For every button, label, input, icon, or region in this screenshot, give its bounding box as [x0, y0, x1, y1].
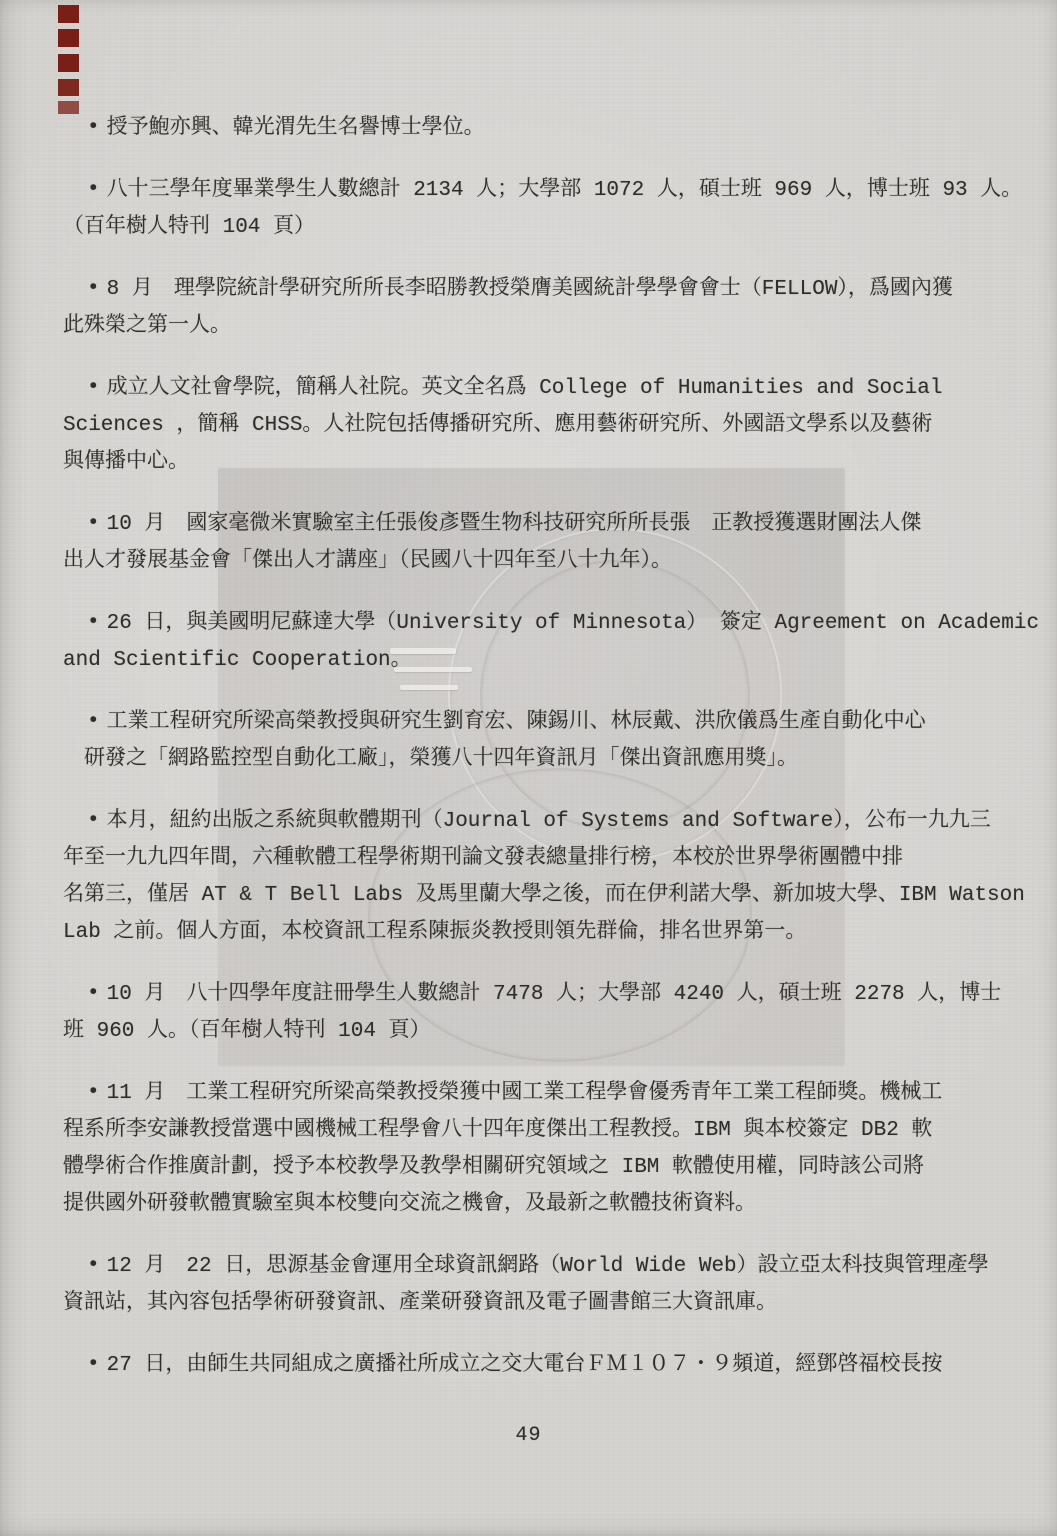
bullet-icon: • — [87, 1074, 100, 1111]
line-text: 8 月 理學院統計學研究所所長李昭勝教授榮膺美國統計學學會會士（FELLOW），… — [107, 278, 953, 301]
text-line: 出人才發展基金會「傑出人才講座」（民國八十四年至八十九年）。 — [63, 543, 1003, 580]
line-text: 名第三，僅居 AT & T Bell Labs 及馬里蘭大學之後，而在伊利諾大學… — [63, 884, 1025, 907]
page-content: •授予鮑亦興、韓光渭先生名譽博士學位。•八十三學年度畢業學生人數總計 2134 … — [63, 110, 1003, 1409]
bullet-line: •八十三學年度畢業學生人數總計 2134 人；大學部 1072 人，碩士班 96… — [63, 172, 1003, 209]
line-text: 年至一九九四年間，六種軟體工程學術期刊論文發表總量排行榜，本校於世界學術團體中排 — [63, 847, 903, 870]
bullet-icon: • — [87, 604, 100, 641]
line-text: 27 日，由師生共同組成之廣播社所成立之交大電台ＦＭ１０７・９頻道，經鄧啓福校長… — [107, 1354, 943, 1377]
text-line: 名第三，僅居 AT & T Bell Labs 及馬里蘭大學之後，而在伊利諾大學… — [63, 877, 1003, 914]
red-tab-mark — [58, 54, 79, 72]
bullet-icon: • — [87, 270, 100, 307]
line-text: Sciences ，簡稱 CHSS。人社院包括傳播研究所、應用藝術研究所、外國語… — [63, 414, 932, 437]
line-text: 10 月 國家毫微米實驗室主任張俊彥暨生物科技研究所所長張 正教授獲選財團法人傑 — [107, 513, 922, 536]
line-text: 11 月 工業工程研究所梁高榮教授榮獲中國工業工程學會優秀青年工業工程師獎。機械… — [107, 1082, 943, 1105]
bullet-line: •成立人文社會學院，簡稱人社院。英文全名爲 College of Humanit… — [63, 370, 1003, 407]
bullet-line: •26 日，與美國明尼蘇達大學（University of Minnesota）… — [63, 605, 1003, 642]
line-text: and Scientific Cooperation。 — [63, 649, 412, 672]
bullet-line: •授予鮑亦興、韓光渭先生名譽博士學位。 — [63, 110, 1003, 147]
bullet-line: •27 日，由師生共同組成之廣播社所成立之交大電台ＦＭ１０７・９頻道，經鄧啓福校… — [63, 1347, 1003, 1384]
line-text: 出人才發展基金會「傑出人才講座」（民國八十四年至八十九年）。 — [63, 550, 672, 573]
text-line: 此殊榮之第一人。 — [63, 308, 1003, 345]
line-text: 授予鮑亦興、韓光渭先生名譽博士學位。 — [107, 117, 485, 140]
text-line: 與傳播中心。 — [63, 444, 1003, 481]
bullet-line: •本月，紐約出版之系統與軟體期刊（Journal of Systems and … — [63, 803, 1003, 840]
line-text: 體學術合作推廣計劃，授予本校教學及教學相關研究領域之 IBM 軟體使用權，同時該… — [63, 1156, 924, 1179]
text-line: Sciences ，簡稱 CHSS。人社院包括傳播研究所、應用藝術研究所、外國語… — [63, 407, 1003, 444]
line-text: 此殊榮之第一人。 — [63, 315, 231, 338]
line-text: 班 960 人。（百年樹人特刊 104 頁） — [63, 1020, 431, 1043]
bullet-line: •10 月 國家毫微米實驗室主任張俊彥暨生物科技研究所所長張 正教授獲選財團法人… — [63, 506, 1003, 543]
bullet-icon: • — [87, 1247, 100, 1284]
text-line: and Scientific Cooperation。 — [63, 642, 1003, 679]
line-text: 八十三學年度畢業學生人數總計 2134 人；大學部 1072 人，碩士班 969… — [107, 179, 1023, 202]
line-text: Lab 之前。個人方面，本校資訊工程系陳振炎教授則領先群倫，排名世界第一。 — [63, 921, 806, 944]
bullet-line: •10 月 八十四學年度註冊學生人數總計 7478 人；大學部 4240 人，碩… — [63, 976, 1003, 1013]
bullet-line: •12 月 22 日，思源基金會運用全球資訊網路（World Wide Web）… — [63, 1248, 1003, 1285]
bullet-item: •11 月 工業工程研究所梁高榮教授榮獲中國工業工程學會優秀青年工業工程師獎。機… — [63, 1075, 1003, 1223]
line-text: 成立人文社會學院，簡稱人社院。英文全名爲 College of Humaniti… — [107, 377, 943, 400]
red-tab-mark — [58, 79, 79, 96]
bullet-line: •11 月 工業工程研究所梁高榮教授榮獲中國工業工程學會優秀青年工業工程師獎。機… — [63, 1075, 1003, 1112]
text-line: Lab 之前。個人方面，本校資訊工程系陳振炎教授則領先群倫，排名世界第一。 — [63, 914, 1003, 951]
bullet-item: •8 月 理學院統計學研究所所長李昭勝教授榮膺美國統計學學會會士（FELLOW）… — [63, 271, 1003, 345]
bullet-line: •工業工程研究所梁高榮教授與研究生劉育宏、陳錫川、林辰戴、洪欣儀爲生產自動化中心 — [63, 704, 1003, 741]
bullet-icon: • — [87, 1346, 100, 1383]
text-line: 研發之「網路監控型自動化工廠」，榮獲八十四年資訊月「傑出資訊應用獎」。 — [63, 741, 1003, 778]
bullet-icon: • — [87, 171, 100, 208]
text-line: 年至一九九四年間，六種軟體工程學術期刊論文發表總量排行榜，本校於世界學術團體中排 — [63, 840, 1003, 877]
bullet-item: •工業工程研究所梁高榮教授與研究生劉育宏、陳錫川、林辰戴、洪欣儀爲生產自動化中心… — [63, 704, 1003, 778]
line-text: （百年樹人特刊 104 頁） — [63, 216, 315, 239]
bullet-icon: • — [87, 975, 100, 1012]
bullet-item: •10 月 八十四學年度註冊學生人數總計 7478 人；大學部 4240 人，碩… — [63, 976, 1003, 1050]
bullet-item: •八十三學年度畢業學生人數總計 2134 人；大學部 1072 人，碩士班 96… — [63, 172, 1003, 246]
bullet-item: •26 日，與美國明尼蘇達大學（University of Minnesota）… — [63, 605, 1003, 679]
bullet-icon: • — [87, 505, 100, 542]
bullet-item: •授予鮑亦興、韓光渭先生名譽博士學位。 — [63, 110, 1003, 147]
bullet-icon: • — [87, 109, 100, 146]
bullet-icon: • — [87, 802, 100, 839]
bullet-item: •12 月 22 日，思源基金會運用全球資訊網路（World Wide Web）… — [63, 1248, 1003, 1322]
line-text: 研發之「網路監控型自動化工廠」，榮獲八十四年資訊月「傑出資訊應用獎」。 — [63, 748, 798, 771]
bullet-line: •8 月 理學院統計學研究所所長李昭勝教授榮膺美國統計學學會會士（FELLOW）… — [63, 271, 1003, 308]
text-line: 提供國外研發軟體實驗室與本校雙向交流之機會，及最新之軟體技術資料。 — [63, 1186, 1003, 1223]
bullet-icon: • — [87, 369, 100, 406]
line-text: 12 月 22 日，思源基金會運用全球資訊網路（World Wide Web）設… — [107, 1255, 989, 1278]
line-text: 資訊站，其內容包括學術研發資訊、產業研發資訊及電子圖書館三大資訊庫。 — [63, 1292, 777, 1315]
bullet-icon: • — [87, 703, 100, 740]
text-line: 程系所李安謙教授當選中國機械工程學會八十四年度傑出工程教授。IBM 與本校簽定 … — [63, 1112, 1003, 1149]
scanned-book-page: •授予鮑亦興、韓光渭先生名譽博士學位。•八十三學年度畢業學生人數總計 2134 … — [0, 0, 1057, 1536]
bullet-item: •27 日，由師生共同組成之廣播社所成立之交大電台ＦＭ１０７・９頻道，經鄧啓福校… — [63, 1347, 1003, 1384]
line-text: 提供國外研發軟體實驗室與本校雙向交流之機會，及最新之軟體技術資料。 — [63, 1193, 756, 1216]
bullet-item: •成立人文社會學院，簡稱人社院。英文全名爲 College of Humanit… — [63, 370, 1003, 481]
text-line: 班 960 人。（百年樹人特刊 104 頁） — [63, 1013, 1003, 1050]
line-text: 程系所李安謙教授當選中國機械工程學會八十四年度傑出工程教授。IBM 與本校簽定 … — [63, 1119, 932, 1142]
red-tab-mark — [58, 5, 79, 23]
line-text: 工業工程研究所梁高榮教授與研究生劉育宏、陳錫川、林辰戴、洪欣儀爲生產自動化中心 — [107, 711, 926, 734]
line-text: 與傳播中心。 — [63, 451, 189, 474]
red-tab-mark — [58, 29, 79, 47]
text-line: （百年樹人特刊 104 頁） — [63, 209, 1003, 246]
bullet-item: •本月，紐約出版之系統與軟體期刊（Journal of Systems and … — [63, 803, 1003, 951]
line-text: 10 月 八十四學年度註冊學生人數總計 7478 人；大學部 4240 人，碩士… — [107, 983, 1002, 1006]
line-text: 26 日，與美國明尼蘇達大學（University of Minnesota） … — [107, 612, 1040, 635]
bullet-item: •10 月 國家毫微米實驗室主任張俊彥暨生物科技研究所所長張 正教授獲選財團法人… — [63, 506, 1003, 580]
text-line: 資訊站，其內容包括學術研發資訊、產業研發資訊及電子圖書館三大資訊庫。 — [63, 1285, 1003, 1322]
page-number: 49 — [0, 1424, 1057, 1447]
text-line: 體學術合作推廣計劃，授予本校教學及教學相關研究領域之 IBM 軟體使用權，同時該… — [63, 1149, 1003, 1186]
line-text: 本月，紐約出版之系統與軟體期刊（Journal of Systems and S… — [107, 810, 991, 833]
